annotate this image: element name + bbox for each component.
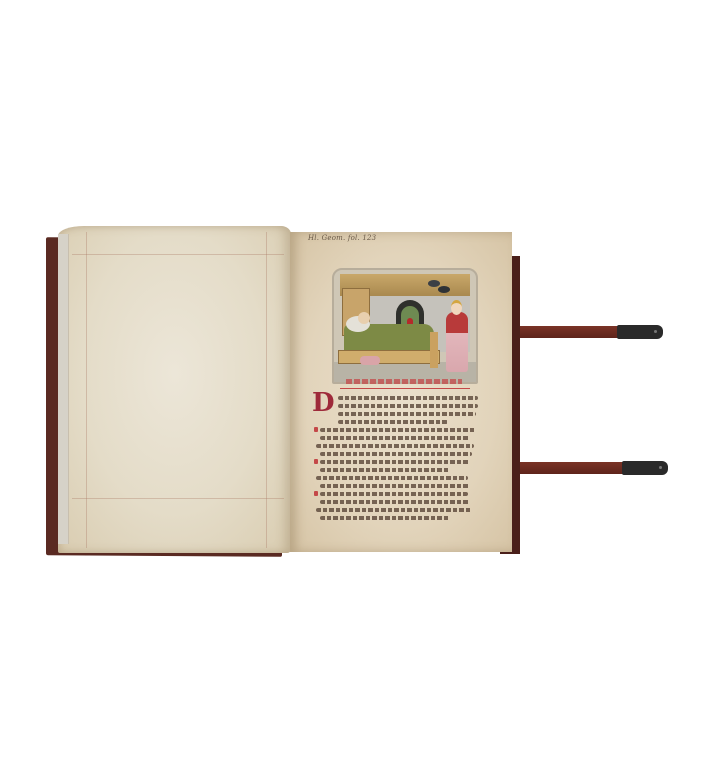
bed-post <box>430 332 438 368</box>
clasp-lower <box>622 461 668 475</box>
left-page-blank <box>58 226 291 553</box>
strap-upper <box>520 326 618 338</box>
rubric-caption <box>340 382 470 389</box>
bird <box>428 280 440 287</box>
figure-in-bed <box>358 312 370 324</box>
folio-annotation: Hl. Geom. fol. 123 <box>308 234 376 242</box>
ruling-line <box>266 232 267 548</box>
miniature-illumination <box>332 268 478 384</box>
bed-frame <box>338 350 440 364</box>
ruling-line <box>72 498 284 499</box>
crowned-head <box>451 300 462 315</box>
right-page-illuminated: Hl. Geom. fol. 123 D <box>290 232 512 552</box>
ruling-line <box>86 232 87 548</box>
standing-woman <box>446 312 468 372</box>
pink-cushion <box>360 356 380 365</box>
ruling-line <box>72 254 284 255</box>
flyleaf-edge <box>58 234 69 544</box>
strap-lower <box>520 462 624 474</box>
manuscript-photo: Hl. Geom. fol. 123 D <box>0 0 710 780</box>
decorated-initial: D <box>312 390 335 416</box>
clasp-upper <box>617 325 663 339</box>
bird <box>438 286 450 293</box>
